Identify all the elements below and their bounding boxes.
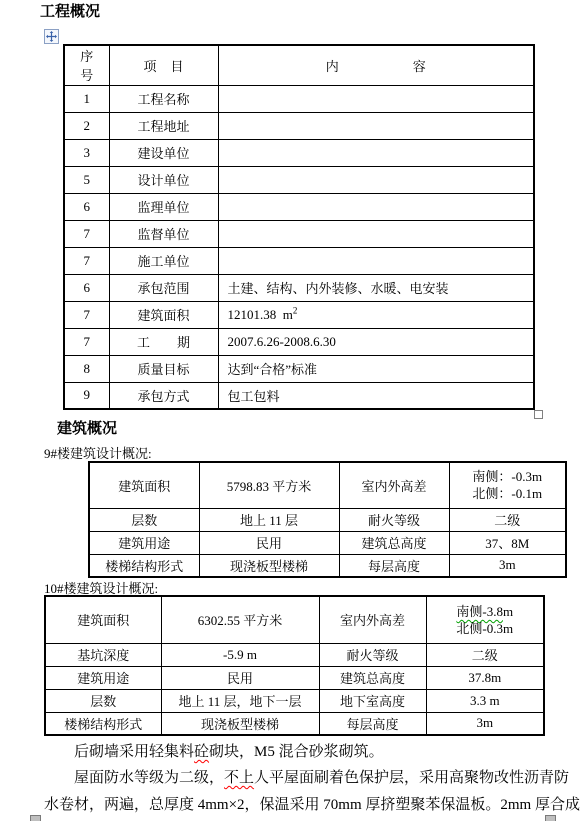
cell[interactable]: 地下室高度 — [319, 689, 426, 712]
cell[interactable]: 南侧：-0.3m 北侧：-0.1m — [449, 462, 566, 508]
header-content[interactable]: 内容 — [218, 45, 534, 85]
cell-item[interactable]: 承包范围 — [109, 274, 218, 301]
cell[interactable]: 地上 11 层，地下一层 — [161, 689, 319, 712]
table-row: 9 承包方式 包工包料 — [64, 382, 534, 409]
table-row: 楼梯结构形式 现浇板型楼梯 每层高度 3m — [45, 712, 544, 735]
cell-no[interactable]: 7 — [64, 247, 109, 274]
cell[interactable]: 37.8m — [426, 666, 544, 689]
cell-item[interactable]: 工期 — [109, 328, 218, 355]
spelling-flagged-text: 砼 — [194, 744, 209, 760]
building9-table: 建筑面积 5798.83 平方米 室内外高差 南侧：-0.3m 北侧：-0.1m… — [88, 461, 567, 578]
cell[interactable]: 地上 11 层 — [199, 508, 339, 531]
cell[interactable]: 二级 — [449, 508, 566, 531]
cell-no[interactable]: 9 — [64, 382, 109, 409]
cell-item[interactable]: 工程名称 — [109, 85, 218, 112]
cell[interactable]: 耐火等级 — [319, 643, 426, 666]
cell-no[interactable]: 2 — [64, 112, 109, 139]
grammar-flagged-text: 南侧-3.8 — [456, 604, 503, 619]
cell[interactable]: 室内外高差 — [339, 462, 449, 508]
cell-content[interactable] — [218, 85, 534, 112]
cell[interactable]: 建筑用途 — [89, 531, 199, 554]
cell[interactable]: 室内外高差 — [319, 596, 426, 643]
north-elevation: 北侧-0.3m — [427, 620, 544, 637]
cell-item[interactable]: 建设单位 — [109, 139, 218, 166]
cell-content[interactable]: 12101.38 m2 — [218, 301, 534, 328]
header-item[interactable]: 项目 — [109, 45, 218, 85]
north-elevation: 北侧：-0.1m — [450, 485, 566, 502]
table-row: 建筑用途 民用 建筑总高度 37.8m — [45, 666, 544, 689]
table-resize-handle-icon[interactable] — [534, 410, 543, 419]
table-row: 建筑用途 民用 建筑总高度 37、8M — [89, 531, 566, 554]
cell[interactable]: 民用 — [161, 666, 319, 689]
table-row: 7 监督单位 — [64, 220, 534, 247]
cell[interactable]: 每层高度 — [319, 712, 426, 735]
cell-content[interactable] — [218, 112, 534, 139]
area-superscript: 2 — [293, 305, 298, 315]
cell-item[interactable]: 监督单位 — [109, 220, 218, 247]
header-no-line2: 号 — [65, 65, 109, 84]
cell-item[interactable]: 建筑面积 — [109, 301, 218, 328]
cell[interactable]: 3m — [426, 712, 544, 735]
table-row: 5 设计单位 — [64, 166, 534, 193]
section-title: 建筑概况 — [57, 417, 117, 438]
cell-no[interactable]: 6 — [64, 274, 109, 301]
page-margin-corner-mark — [545, 815, 556, 821]
cell-content[interactable] — [218, 193, 534, 220]
cell-item[interactable]: 承包方式 — [109, 382, 218, 409]
cell[interactable]: 3m — [449, 554, 566, 577]
table-header-row: 序 号 项目 内容 — [64, 45, 534, 85]
table-move-handle-icon[interactable] — [44, 29, 59, 44]
cell-content[interactable] — [218, 220, 534, 247]
cell[interactable]: 楼梯结构形式 — [89, 554, 199, 577]
building9-label: 9#楼建筑设计概况: — [44, 443, 152, 462]
cell-no[interactable]: 7 — [64, 328, 109, 355]
cell-item[interactable]: 质量目标 — [109, 355, 218, 382]
cell-no[interactable]: 7 — [64, 220, 109, 247]
cell[interactable]: 楼梯结构形式 — [45, 712, 161, 735]
cell-no[interactable]: 3 — [64, 139, 109, 166]
table-row: 建筑面积 6302.55 平方米 室内外高差 南侧-3.8m 北侧-0.3m — [45, 596, 544, 643]
building10-table: 建筑面积 6302.55 平方米 室内外高差 南侧-3.8m 北侧-0.3m 基… — [44, 595, 545, 736]
cell[interactable]: 现浇板型楼梯 — [161, 712, 319, 735]
table-row: 7 施工单位 — [64, 247, 534, 274]
cell[interactable]: -5.9 m — [161, 643, 319, 666]
cell-item[interactable]: 工程地址 — [109, 112, 218, 139]
page-margin-corner-mark — [30, 815, 41, 821]
cell[interactable]: 建筑面积 — [89, 462, 199, 508]
cell[interactable]: 南侧-3.8m 北侧-0.3m — [426, 596, 544, 643]
move-cross-arrows-icon — [46, 31, 57, 42]
cell-content[interactable]: 土建、结构、内外装修、水暖、电安装 — [218, 274, 534, 301]
cell-no[interactable]: 5 — [64, 166, 109, 193]
spelling-flagged-text: 不上 — [224, 770, 254, 786]
cell[interactable]: 基坑深度 — [45, 643, 161, 666]
cell-no[interactable]: 7 — [64, 301, 109, 328]
cell-no[interactable]: 1 — [64, 85, 109, 112]
cell[interactable]: 建筑面积 — [45, 596, 161, 643]
doc-title: 工程概况 — [40, 0, 100, 21]
table-row: 6 承包范围 土建、结构、内外装修、水暖、电安装 — [64, 274, 534, 301]
project-overview-table: 序 号 项目 内容 1 工程名称 2 工程地址 3 建设单位 5 设计单位 6 — [63, 44, 535, 410]
area-value: 12101.38 m — [228, 307, 293, 322]
header-no[interactable]: 序 号 — [64, 45, 109, 85]
cell[interactable]: 5798.83 平方米 — [199, 462, 339, 508]
cell-item[interactable]: 设计单位 — [109, 166, 218, 193]
cell-item[interactable]: 施工单位 — [109, 247, 218, 274]
cell-content[interactable]: 2007.6.26-2008.6.30 — [218, 328, 534, 355]
document-page: 工程概况 序 号 项目 内容 1 工程名称 2 工程地址 3 建设单位 — [0, 0, 587, 821]
cell[interactable]: 层数 — [45, 689, 161, 712]
cell[interactable]: 现浇板型楼梯 — [199, 554, 339, 577]
table-row: 层数 地上 11 层，地下一层 地下室高度 3.3 m — [45, 689, 544, 712]
cell-content[interactable] — [218, 166, 534, 193]
cell-no[interactable]: 6 — [64, 193, 109, 220]
cell[interactable]: 每层高度 — [339, 554, 449, 577]
table-row: 6 监理单位 — [64, 193, 534, 220]
cell-no[interactable]: 8 — [64, 355, 109, 382]
cell-content[interactable]: 达到“合格”标准 — [218, 355, 534, 382]
cell-item[interactable]: 监理单位 — [109, 193, 218, 220]
cell-content[interactable] — [218, 139, 534, 166]
cell[interactable]: 民用 — [199, 531, 339, 554]
south-elevation: 南侧-3.8m — [427, 603, 544, 620]
table-row: 3 建设单位 — [64, 139, 534, 166]
cell[interactable]: 建筑总高度 — [339, 531, 449, 554]
table-row: 7 建筑面积 12101.38 m2 — [64, 301, 534, 328]
table-row: 1 工程名称 — [64, 85, 534, 112]
paragraph-roofing-line1: 屋面防水等级为二级，不上人平屋面刷着色保护层，采用高聚物改性沥青防 — [44, 768, 569, 788]
cell[interactable]: 建筑用途 — [45, 666, 161, 689]
cell[interactable]: 37、8M — [449, 531, 566, 554]
table-row: 层数 地上 11 层 耐火等级 二级 — [89, 508, 566, 531]
table-row: 建筑面积 5798.83 平方米 室内外高差 南侧：-0.3m 北侧：-0.1m — [89, 462, 566, 508]
paragraph-roofing-line2: 水卷材，两遍，总厚度 4mm×2，保温采用 70mm 厚挤塑聚苯保温板。2mm … — [44, 795, 580, 815]
table-row: 8 质量目标 达到“合格”标准 — [64, 355, 534, 382]
cell[interactable]: 耐火等级 — [339, 508, 449, 531]
table-row: 7 工期 2007.6.26-2008.6.30 — [64, 328, 534, 355]
cell-content[interactable] — [218, 247, 534, 274]
south-elevation: 南侧：-0.3m — [450, 468, 566, 485]
cell[interactable]: 层数 — [89, 508, 199, 531]
table-row: 2 工程地址 — [64, 112, 534, 139]
cell[interactable]: 3.3 m — [426, 689, 544, 712]
header-no-line1: 序 — [65, 46, 109, 65]
cell[interactable]: 6302.55 平方米 — [161, 596, 319, 643]
cell[interactable]: 建筑总高度 — [319, 666, 426, 689]
paragraph-masonry: 后砌墙采用轻集料砼砌块，M5 混合砂浆砌筑。 — [44, 742, 384, 762]
cell[interactable]: 二级 — [426, 643, 544, 666]
table-row: 楼梯结构形式 现浇板型楼梯 每层高度 3m — [89, 554, 566, 577]
table-row: 基坑深度 -5.9 m 耐火等级 二级 — [45, 643, 544, 666]
cell-content[interactable]: 包工包料 — [218, 382, 534, 409]
